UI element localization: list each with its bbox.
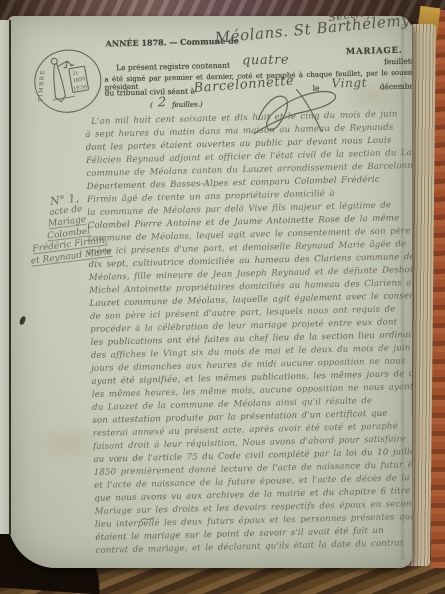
tribunal-label: du tribunal civil séant à [105, 87, 195, 98]
commune-handwritten: Méolans. St Barthélemy [214, 16, 411, 47]
registre-contenant-label: Le présent registre contenant [116, 61, 230, 73]
date-suffix-label: décembre 1877. [380, 81, 412, 91]
act-body-text: L'an mil huit cent soixante et dix huit … [85, 108, 412, 558]
feuillets-count-handwritten: quatre [242, 52, 290, 68]
register-page: 2c 1858 1F.50 TIMBRE ANNÉE 1878. — Commu… [8, 16, 412, 568]
paraphe-mark-icon [140, 514, 156, 524]
stamp-year: 1858 [72, 76, 86, 84]
feuilles-number-handwritten: 2 [158, 95, 167, 110]
ink-blot [19, 315, 27, 325]
feuilles-open-paren: ( [150, 101, 153, 109]
feuilles-close-label: feuilles.) [172, 100, 203, 109]
acte-type-label: MARIAGE. [346, 46, 403, 57]
facing-page-edge [0, 20, 11, 534]
stamp-value-top: 2c [72, 70, 79, 77]
stamp-timbre-label: TIMBRE [38, 69, 46, 102]
printed-header: ANNÉE 1878. — Commune de Méolans. St Bar… [8, 16, 412, 19]
register-photo: 2c 1858 1F.50 TIMBRE ANNÉE 1878. — Commu… [0, 0, 445, 594]
feuillets-label: feuillets; [384, 56, 412, 66]
stamp-value-bottom: 1F.50 [73, 84, 88, 92]
